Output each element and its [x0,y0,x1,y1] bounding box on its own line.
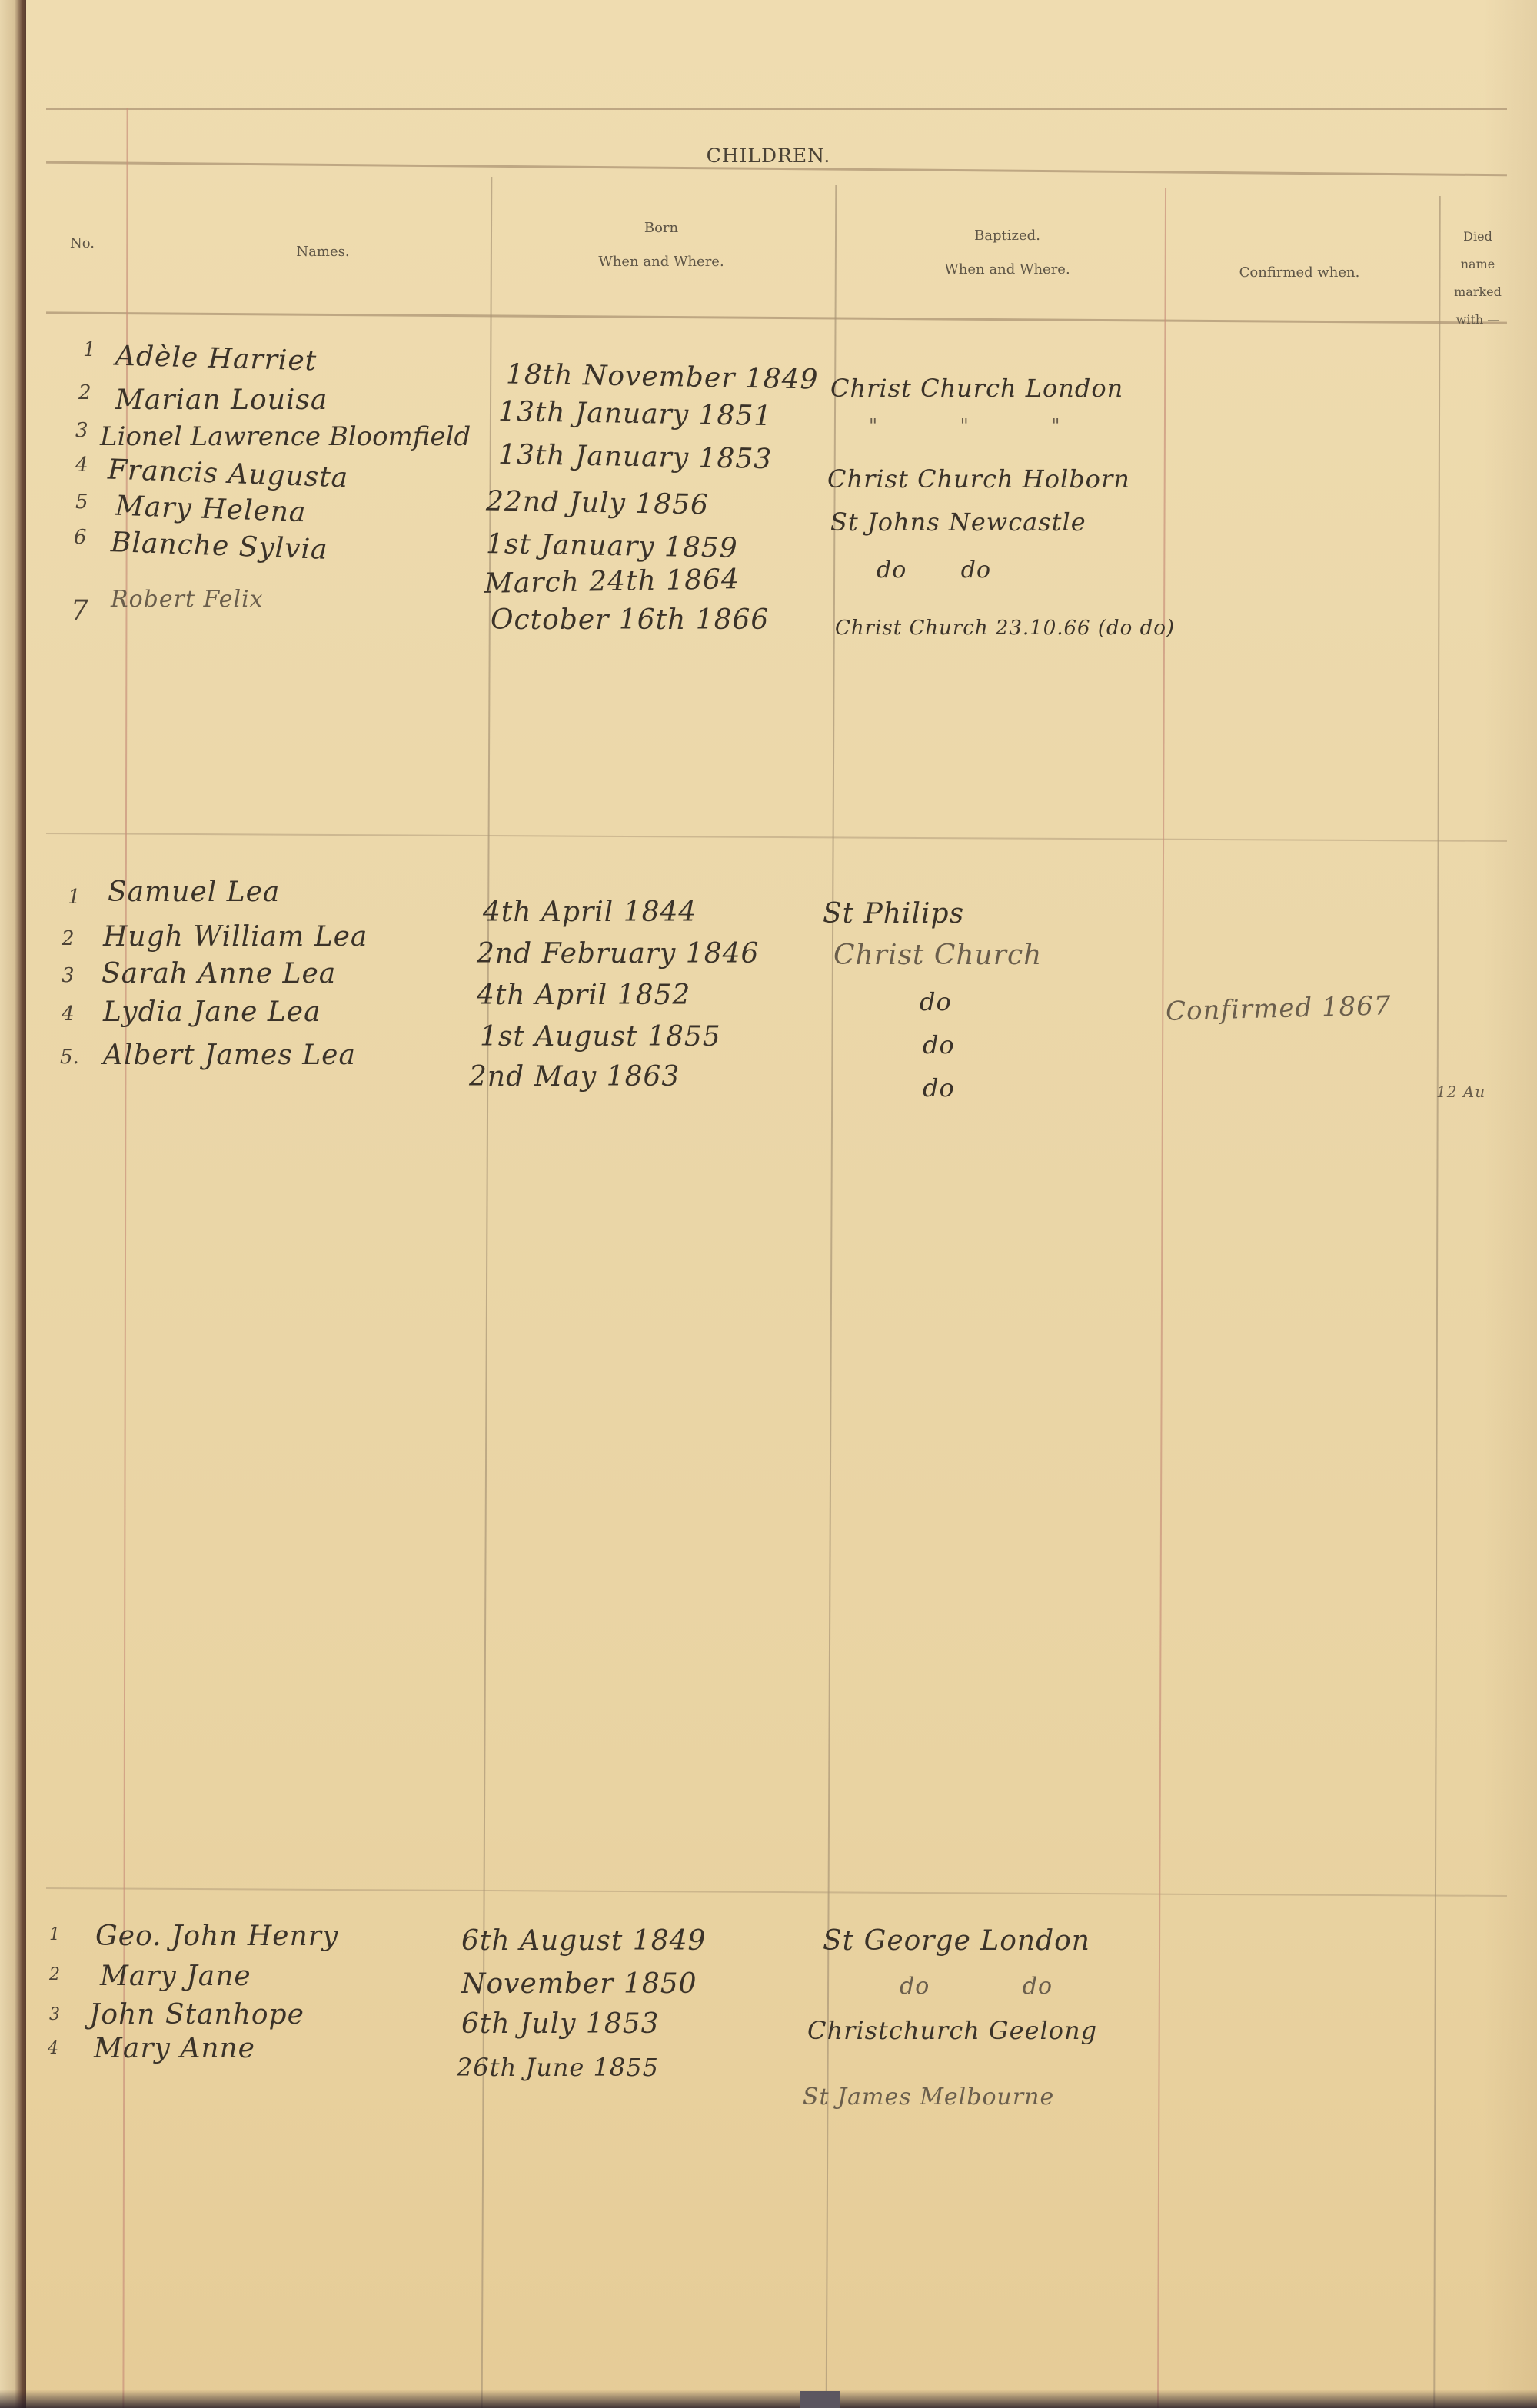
header-names: Names. [246,241,400,264]
header-died-line2: name [1439,251,1516,278]
child-name: Mary Anne [94,2033,255,2064]
born-date: 4th April 1844 [483,896,697,928]
child-name: Mary Jane [100,1961,251,1992]
born-date: 2nd May 1863 [469,1061,680,1093]
child-name: Marian Louisa [115,384,328,416]
baptized-place: do do [877,557,991,584]
born-date: 2nd February 1846 [477,938,759,970]
born-date: 1st August 1855 [480,1021,721,1053]
child-name: Hugh William Lea [103,921,368,953]
baptized-place: St James Melbourne [803,2084,1054,2110]
row-number: 2 [62,927,75,950]
header-confirmed-label: Confirmed when. [1239,264,1360,281]
top-rule [46,108,1507,110]
baptized-place: " " " [869,415,1098,437]
baptized-place: Christ Church Holborn [827,464,1130,494]
baptized-place: St Philips [823,898,964,930]
baptized-place: do [923,1030,955,1059]
born-date: 13th January 1851 [498,396,773,432]
child-name: Geo. John Henry [95,1921,338,1952]
baptized-place: Christ Church [833,940,1042,971]
child-name: Mary Helena [115,491,307,529]
baptized-place: do [923,1073,955,1103]
header-baptized-line2: When and Where. [884,258,1130,281]
header-died-line3: marked [1439,278,1516,306]
row-number: 3 [62,964,75,987]
row-number: 7 [71,595,88,627]
child-name: Robert Felix [111,586,264,613]
row-number: 6 [74,526,87,549]
confirmed-note: Confirmed 1867 [1166,990,1392,1027]
child-name: Sarah Anne Lea [101,958,336,989]
row-number: 1 [49,1925,60,1944]
header-no-label: No. [70,235,95,251]
header-names-label: Names. [296,244,349,260]
row-number: 2 [78,381,91,404]
row-number: 3 [49,2005,60,2024]
baptized-place: Christchurch Geelong [807,2016,1097,2045]
child-name: Samuel Lea [108,876,280,908]
born-date: 1st January 1859 [486,528,738,564]
header-died-line1: Died [1439,223,1516,251]
book-binding [0,0,26,2408]
baptized-place: Christ Church 23.10.66 (do do) [835,617,1175,640]
born-date: 4th April 1852 [477,979,690,1011]
header-died: Died name marked with — [1439,223,1516,334]
born-date: 6th July 1853 [461,2008,660,2040]
header-baptized-line1: Baptized. [884,225,1130,248]
born-date: 18th November 1849 [506,358,819,395]
row-number: 5 [75,491,88,514]
child-name: Adèle Harriet [115,341,318,377]
child-name: Lionel Lawrence Bloomfield [100,421,471,452]
header-born-line1: Born [538,217,784,240]
header-born: Born When and Where. [538,217,784,274]
born-date: 26th June 1855 [457,2053,659,2082]
baptized-place: St Johns Newcastle [830,507,1086,537]
row-number: 4 [48,2039,58,2058]
header-confirmed: Confirmed when. [1199,261,1399,284]
born-date: March 24th 1864 [484,564,740,600]
baptized-place: Christ Church London [830,374,1123,403]
born-date: October 16th 1866 [491,604,769,636]
header-baptized: Baptized. When and Where. [884,225,1130,281]
born-date: 22nd July 1856 [486,485,710,521]
row-number: 1 [83,338,96,361]
header-no: No. [55,232,109,255]
page-bottom-edge [0,2390,1537,2408]
baptized-place: do do [900,1973,1053,2000]
row-number: 4 [75,454,88,477]
row-number: 1 [68,886,81,909]
row-number: 3 [75,419,88,442]
header-born-line2: When and Where. [538,251,784,274]
born-date: November 1850 [461,1968,697,2000]
child-name: Lydia Jane Lea [103,996,321,1028]
baptized-place: do [920,987,952,1016]
child-name: Albert James Lea [103,1039,356,1071]
child-name: John Stanhope [89,1999,304,2031]
baptized-place: St George London [823,1925,1090,1957]
row-number: 5. [60,1046,79,1069]
born-date: 13th January 1853 [498,439,773,475]
row-number: 4 [62,1003,75,1026]
born-date: 6th August 1849 [461,1925,706,1957]
page-title: CHILDREN. [0,145,1537,167]
died-note: 12 Au [1436,1083,1485,1101]
bookmark-tab [800,2391,840,2408]
header-died-line4: with — [1439,306,1516,334]
row-number: 2 [49,1965,60,1984]
